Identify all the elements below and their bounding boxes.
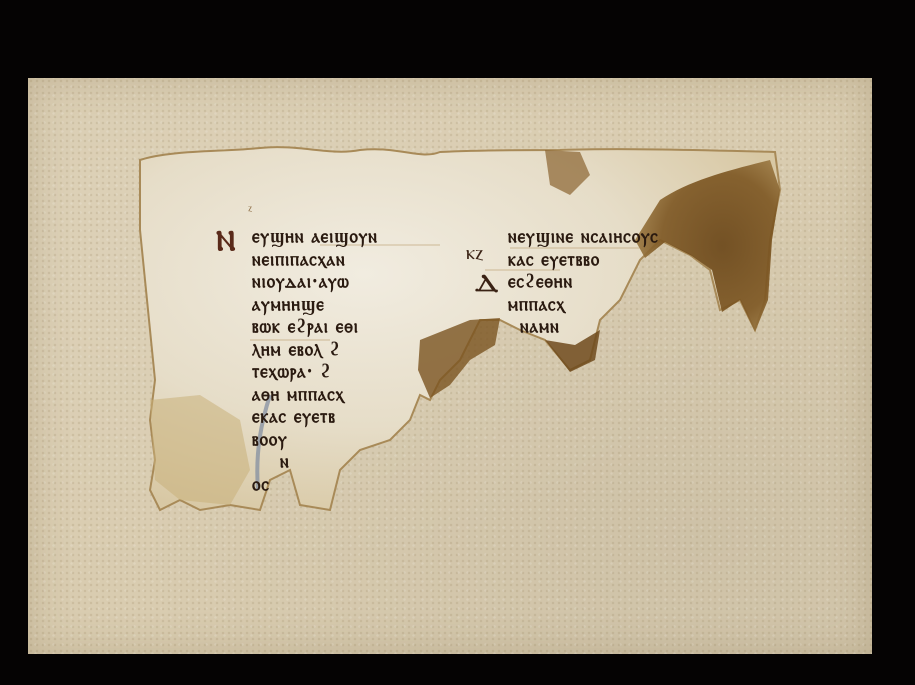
- initial-letter-right: Ⲇ: [475, 268, 498, 297]
- text-column-right: ⲛⲉⲩϣⲓⲛⲉ ⲛⲥⲁⲓⲏⲥⲟⲩⲥ ⲕⲁⲥ ⲉⲩⲉⲧⲃⲃⲟ ⲉⲥϩⲉⲑⲏⲛ ⲙⲡ…: [508, 226, 659, 339]
- initial-letter-left: Ⲛ: [216, 224, 236, 258]
- folio-mark: ⲍ: [248, 203, 252, 214]
- marginal-numeral: ⲕⲍ: [466, 240, 483, 264]
- text-line: ⲛ: [252, 449, 378, 475]
- text-line: ⲛⲁⲙⲛ: [508, 314, 659, 340]
- text-line: ⲧⲉⲭⲱⲣⲁ· ϩ: [252, 359, 378, 385]
- text-line: ⲉⲕⲁⲥ ⲉⲩⲉⲧⲃ: [252, 404, 378, 430]
- text-column-left: ⲉⲩϣⲏⲛ ⲁⲉⲓϣⲟⲩⲛ ⲛⲉⲓⲡⲓⲡⲁⲥⲭⲁⲛ ⲛⲓⲟⲩⲇⲁⲓ·ⲁⲩⲱ ⲁⲩ…: [252, 226, 378, 496]
- parchment-fragment: [0, 0, 915, 685]
- text-line: ⲉⲥϩⲉⲑⲏⲛ: [508, 269, 659, 295]
- text-line: ⲛⲉⲩϣⲓⲛⲉ ⲛⲥⲁⲓⲏⲥⲟⲩⲥ: [508, 224, 659, 250]
- text-line: ⲟⲥ: [252, 472, 378, 498]
- text-line: ⲃⲱⲕ ⲉϩⲣⲁⲓ ⲉⲑⲓ: [252, 314, 378, 340]
- text-line: ⲛⲓⲟⲩⲇⲁⲓ·ⲁⲩⲱ: [252, 269, 378, 295]
- text-line: ⲉⲩϣⲏⲛ ⲁⲉⲓϣⲟⲩⲛ: [252, 224, 378, 250]
